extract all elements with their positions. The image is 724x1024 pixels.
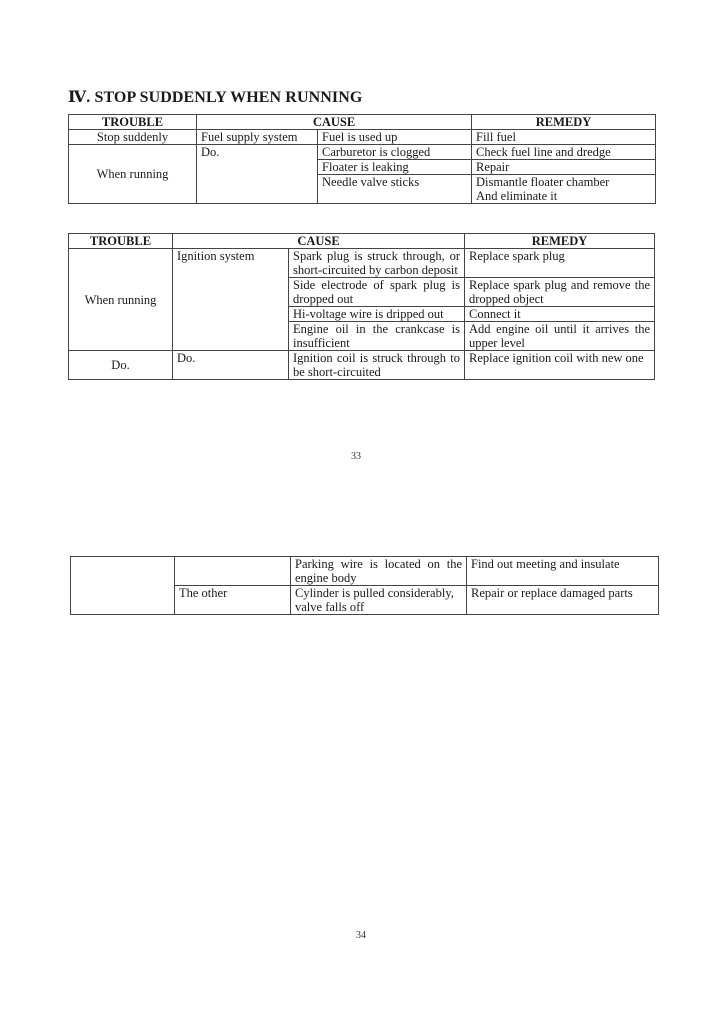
header-cause: CAUSE	[173, 234, 465, 249]
system-cell: Do.	[173, 351, 289, 380]
trouble-cell: When running	[69, 145, 197, 204]
page-number: 33	[336, 451, 376, 462]
header-trouble: TROUBLE	[69, 115, 197, 130]
remedy-cell: Replace ignition coil with new one	[465, 351, 655, 380]
table-row: When running Ignition system Spark plug …	[69, 249, 655, 278]
cause-cell: Fuel is used up	[318, 130, 472, 145]
trouble-cell: Stop suddenly	[69, 130, 197, 145]
remedy-cell: Replace spark plug	[465, 249, 655, 278]
system-cell	[175, 557, 291, 586]
trouble-cell: Do.	[69, 351, 173, 380]
page-number: 34	[341, 930, 381, 941]
remedy-cell: Repair or replace damaged parts	[467, 586, 659, 615]
trouble-table-continued: Parking wire is located on the engine bo…	[70, 556, 659, 615]
header-cause: CAUSE	[197, 115, 472, 130]
cause-cell: Parking wire is located on the engine bo…	[291, 557, 467, 586]
remedy-cell: Dismantle floater chamber And eliminate …	[472, 175, 656, 204]
table-row: Parking wire is located on the engine bo…	[71, 557, 659, 586]
cause-cell: Needle valve sticks	[318, 175, 472, 204]
cause-cell: Side electrode of spark plug is dropped …	[289, 278, 465, 307]
cause-cell: Floater is leaking	[318, 160, 472, 175]
system-cell: Do.	[197, 145, 318, 204]
remedy-cell: Add engine oil until it arrives the uppe…	[465, 322, 655, 351]
header-remedy: REMEDY	[472, 115, 656, 130]
section-title: Ⅳ. STOP SUDDENLY WHEN RUNNING	[68, 87, 362, 107]
trouble-table-fuel: TROUBLE CAUSE REMEDY Stop suddenly Fuel …	[68, 114, 656, 204]
table-row: Do. Do. Ignition coil is struck through …	[69, 351, 655, 380]
cause-cell: Ignition coil is struck through to be sh…	[289, 351, 465, 380]
system-cell: Fuel supply system	[197, 130, 318, 145]
trouble-cell: When running	[69, 249, 173, 351]
trouble-table-ignition: TROUBLE CAUSE REMEDY When running Igniti…	[68, 233, 655, 380]
remedy-cell: Connect it	[465, 307, 655, 322]
remedy-cell: Replace spark plug and remove the droppe…	[465, 278, 655, 307]
table-header-row: TROUBLE CAUSE REMEDY	[69, 115, 656, 130]
table-row: Stop suddenly Fuel supply system Fuel is…	[69, 130, 656, 145]
cause-cell: Carburetor is clogged	[318, 145, 472, 160]
remedy-cell: Find out meeting and insulate	[467, 557, 659, 586]
cause-cell: Hi-voltage wire is dripped out	[289, 307, 465, 322]
cause-cell: Spark plug is struck through, or short-c…	[289, 249, 465, 278]
cause-cell: Engine oil in the crankcase is insuffici…	[289, 322, 465, 351]
remedy-cell: Fill fuel	[472, 130, 656, 145]
trouble-cell	[71, 557, 175, 615]
remedy-cell: Repair	[472, 160, 656, 175]
cause-cell: Cylinder is pulled considerably, valve f…	[291, 586, 467, 615]
system-cell: Ignition system	[173, 249, 289, 351]
header-trouble: TROUBLE	[69, 234, 173, 249]
system-cell: The other	[175, 586, 291, 615]
remedy-cell: Check fuel line and dredge	[472, 145, 656, 160]
table-header-row: TROUBLE CAUSE REMEDY	[69, 234, 655, 249]
table-row: When running Do. Carburetor is clogged C…	[69, 145, 656, 160]
header-remedy: REMEDY	[465, 234, 655, 249]
